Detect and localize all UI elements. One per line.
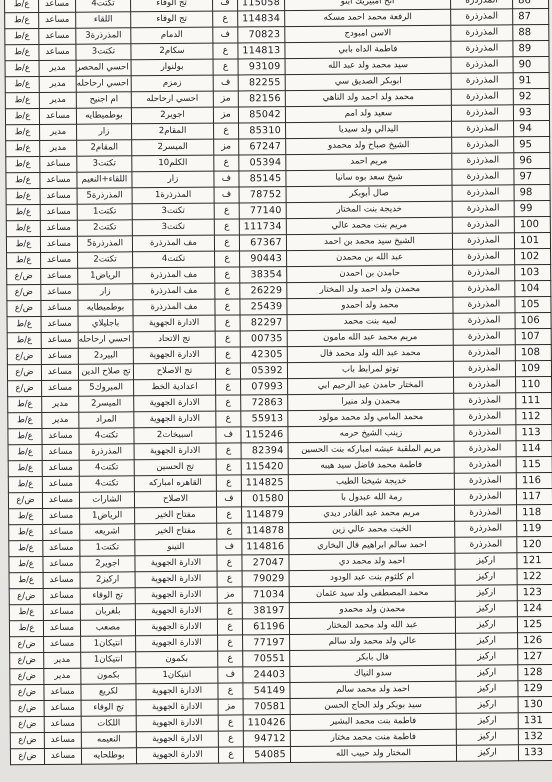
cell-category: ع/ط xyxy=(6,237,40,253)
cell-type_letter: ع xyxy=(215,331,240,347)
cell-num: 126 xyxy=(518,632,552,648)
cell-school_to: المقام2 xyxy=(77,140,132,156)
cell-school_from: انتيكان1 xyxy=(136,667,218,684)
cell-type_letter: ع xyxy=(216,443,241,459)
cell-school_from: الادارة الجهوية xyxy=(135,555,217,572)
cell-name: فاطمة الداه بابي xyxy=(285,41,451,58)
cell-name: ابوبكر الصديق سي xyxy=(285,73,451,90)
cell-id: 77140 xyxy=(239,203,286,219)
cell-num: 117 xyxy=(516,488,552,504)
cell-school_to: تكتت4 xyxy=(79,476,134,492)
cell-num: 111 xyxy=(516,392,552,408)
cell-id: 115420 xyxy=(241,459,288,475)
cell-school_to: اللكات xyxy=(81,716,136,732)
cell-category: ض/ع xyxy=(10,732,44,748)
cell-name: محمد عبد الله ولد محمد فال xyxy=(287,345,453,362)
cell-district: المذرذرة xyxy=(455,505,517,521)
cell-type_letter: ف xyxy=(216,491,241,507)
cell-type_letter: ف xyxy=(217,539,242,555)
cell-school_to: المذرذرة3 xyxy=(76,28,131,44)
cell-school_to: تج صلاح الدين xyxy=(78,364,133,380)
cell-category: ع/ط xyxy=(5,93,39,109)
cell-num: 119 xyxy=(517,520,552,536)
cell-num: 89 xyxy=(513,41,549,57)
cell-position: مساعد xyxy=(41,284,78,300)
cell-position: مساعد xyxy=(39,28,76,44)
cell-district: اركيز xyxy=(456,633,518,649)
cell-school_from: تج الاصلاح xyxy=(133,363,215,380)
cell-name: لميه بنت محمد xyxy=(287,313,453,330)
cell-name: اليدالي ولد سيديا xyxy=(286,121,452,138)
cell-id: 90443 xyxy=(240,251,287,267)
cell-district: المذرذرة xyxy=(451,9,513,25)
cell-position: مساعد xyxy=(41,300,78,316)
cell-name: احمد سالم ابراهيم فال البخاري xyxy=(289,537,455,554)
cell-name: فاطمة منت محمد مختار xyxy=(290,729,456,746)
cell-school_from: التينو xyxy=(135,539,217,556)
cell-school_from: الادارة الجهوية xyxy=(133,347,215,364)
cell-position: مدير xyxy=(44,652,81,668)
cell-category: ض/ع xyxy=(8,380,42,396)
cell-id: 38354 xyxy=(240,267,287,283)
cell-school_from: اسبيخات2 xyxy=(134,427,216,444)
cell-position: مساعد xyxy=(40,220,77,236)
cell-num: 106 xyxy=(515,312,551,328)
cell-district: المذرذرة xyxy=(454,457,516,473)
cell-school_to: انتيكان1 xyxy=(81,636,136,652)
cell-position: مساعد xyxy=(44,716,81,732)
cell-school_to: البيرد2 xyxy=(78,348,133,364)
cell-id: 05394 xyxy=(239,155,286,171)
cell-category: ع/ط xyxy=(7,316,41,332)
cell-num: 107 xyxy=(515,328,551,344)
cell-id: 85042 xyxy=(238,107,285,123)
cell-school_from: تج الوفاء xyxy=(131,0,213,12)
cell-id: 115246 xyxy=(241,427,288,443)
cell-district: المذرذرة xyxy=(453,265,515,281)
cell-num: 133 xyxy=(518,744,552,760)
cell-school_to: باجليلاي xyxy=(78,316,133,332)
cell-type_letter: مز xyxy=(214,139,239,155)
cell-id: 85310 xyxy=(239,123,286,139)
cell-district: اركيز xyxy=(456,729,518,745)
cell-type_letter: ع xyxy=(214,219,239,235)
cell-district: المذرذرة xyxy=(452,185,514,201)
cell-school_from: الميسر2 xyxy=(132,139,214,156)
cell-type_letter: ف xyxy=(213,75,238,91)
cell-id: 82297 xyxy=(240,315,287,331)
cell-category: ض/ع xyxy=(7,285,41,301)
cell-id: 114825 xyxy=(241,475,288,491)
cell-position: مساعد xyxy=(42,380,79,396)
cell-school_from: الادارة الجهوية xyxy=(135,571,217,588)
cell-category: ض/ع xyxy=(10,636,44,652)
table-row: 133اركيزالمختار ولد حبيب الله54085عالادا… xyxy=(10,744,552,764)
cell-name: المختار ولد حبيب الله xyxy=(290,745,456,762)
cell-position: مساعد xyxy=(41,316,78,332)
cell-num: 132 xyxy=(518,728,552,744)
cell-name: مريم احمد xyxy=(286,153,452,170)
cell-school_from: مف المذرذرة xyxy=(132,235,214,252)
cell-school_to: تكتت4 xyxy=(76,0,131,12)
cell-id: 114878 xyxy=(242,523,289,539)
cell-name: خديجة بنت المختار xyxy=(286,201,452,218)
cell-name: زينب الشيخ حرمه xyxy=(288,425,454,442)
cell-num: 86 xyxy=(513,0,549,9)
cell-school_to: النعيمه xyxy=(81,732,136,748)
cell-district: المذرذرة xyxy=(453,329,515,345)
cell-num: 88 xyxy=(513,25,549,41)
cell-district: اركيز xyxy=(455,569,517,585)
cell-category: ع/ط xyxy=(9,556,43,572)
cell-category: ض/ع xyxy=(10,748,44,764)
cell-category: ع/ط xyxy=(5,0,39,13)
cell-type_letter: ع xyxy=(218,731,243,747)
cell-category: ع/ط xyxy=(6,205,40,221)
cell-name: محمد المامي ولد محمد مولود xyxy=(288,409,454,426)
cell-school_to: اشريعه xyxy=(80,524,135,540)
cell-school_from: الادارة الجهوية xyxy=(134,395,216,412)
cell-district: المذرذرة xyxy=(453,361,515,377)
cell-type_letter: ع xyxy=(214,155,239,171)
cell-type_letter: ع xyxy=(215,251,240,267)
cell-name: محمد ولد احمد ولد الناهي xyxy=(285,89,451,106)
cell-num: 87 xyxy=(513,9,549,25)
cell-district: المذرذرة xyxy=(452,137,514,153)
cell-position: مساعد xyxy=(39,0,76,13)
cell-num: 102 xyxy=(515,248,551,264)
cell-type_letter: ع xyxy=(216,475,241,491)
cell-type_letter: ع xyxy=(218,651,243,667)
scanned-document-page: 86المذرذرةاتح امبيريك ابنو115058فتج الوف… xyxy=(0,0,552,782)
cell-num: 104 xyxy=(515,280,551,296)
cell-category: ع/ط xyxy=(5,61,39,77)
cell-school_from: مفتاح الخير xyxy=(135,523,217,540)
cell-type_letter: ع xyxy=(215,283,240,299)
cell-num: 113 xyxy=(516,424,552,440)
cell-school_from: مف المذرذرة xyxy=(133,299,215,316)
cell-school_from: مف المذرذرة xyxy=(133,283,215,300)
cell-school_from: تج الاتحاد xyxy=(133,331,215,348)
cell-num: 121 xyxy=(517,552,552,568)
cell-position: مدير xyxy=(42,412,79,428)
cell-category: ض/ع xyxy=(10,716,44,732)
cell-name: محمدن ولد محمدو xyxy=(289,601,455,618)
cell-num: 120 xyxy=(517,536,552,552)
cell-id: 71034 xyxy=(242,587,289,603)
cell-num: 114 xyxy=(516,440,552,456)
cell-id: 42305 xyxy=(240,347,287,363)
cell-school_to: المذرذرة5 xyxy=(77,236,132,252)
cell-category: ع/ط xyxy=(6,221,40,237)
cell-num: 94 xyxy=(514,120,550,136)
cell-id: 27047 xyxy=(242,555,289,571)
cell-school_to: مصعب xyxy=(80,620,135,636)
cell-num: 124 xyxy=(517,600,552,616)
cell-school_to: بكمون xyxy=(81,668,136,684)
cell-name: مريم الملقبة عيشه امباركه بنت الحسين xyxy=(288,441,454,458)
cell-school_from: الادارة الجهوية xyxy=(136,715,218,732)
cell-school_to: تكتت2 xyxy=(78,252,133,268)
cell-num: 93 xyxy=(513,105,549,121)
cell-id: 67247 xyxy=(239,139,286,155)
cell-name: فاطمة محمد فاضل سيد هيبه xyxy=(288,457,454,474)
cell-name: الشيخ سيد محمد بن احمد xyxy=(286,233,452,250)
cell-school_from: زمزم xyxy=(131,75,213,92)
cell-school_from: الادارة الجهوية xyxy=(134,411,216,428)
cell-num: 118 xyxy=(517,504,552,520)
cell-id: 70581 xyxy=(243,699,290,715)
cell-district: اركيز xyxy=(455,601,517,617)
cell-school_to: تج الوفاء xyxy=(81,700,136,716)
cell-district: اركيز xyxy=(455,617,517,633)
cell-district: اركيز xyxy=(456,713,518,729)
cell-category: ض/ع xyxy=(7,364,41,380)
cell-name: الشيخ صباح ولد محمدو xyxy=(286,137,452,154)
cell-school_from: اعدادية الخط xyxy=(134,379,216,396)
cell-type_letter: ع xyxy=(218,683,243,699)
cell-position: مساعد xyxy=(41,348,78,364)
cell-position: مساعد xyxy=(40,172,77,188)
cell-school_from: الادارة الجهوية xyxy=(134,443,216,460)
cell-district: اركيز xyxy=(456,745,518,761)
cell-type_letter: مز xyxy=(218,699,243,715)
cell-school_to: المذرذرة xyxy=(79,444,134,460)
cell-school_from: تكتت3 xyxy=(132,203,214,220)
cell-id: 82255 xyxy=(238,75,285,91)
cell-school_to: بوطلحايه xyxy=(81,748,136,764)
cell-name: عبد الله بن محمدن xyxy=(287,249,453,266)
cell-name: رمة الله عبدول با xyxy=(288,489,454,506)
cell-position: مساعد xyxy=(41,268,78,284)
cell-district: المذرذرة xyxy=(454,409,516,425)
cell-type_letter: مز xyxy=(217,587,242,603)
cell-num: 131 xyxy=(518,712,552,728)
cell-type_letter: ع xyxy=(217,603,242,619)
cell-position: مدير xyxy=(42,396,79,412)
cell-position: مدير xyxy=(39,60,76,76)
cell-school_to: تكتت1 xyxy=(80,540,135,556)
cell-num: 128 xyxy=(518,664,552,680)
cell-district: المذرذرة xyxy=(454,377,516,393)
cell-id: 82156 xyxy=(238,91,285,107)
cell-id: 54085 xyxy=(243,747,290,763)
cell-position: مساعد xyxy=(43,524,80,540)
cell-type_letter: ع xyxy=(213,43,238,59)
cell-name: محمدن ولد احمد ولد المختار xyxy=(287,281,453,298)
cell-num: 92 xyxy=(513,89,549,105)
cell-type_letter: ع xyxy=(216,459,241,475)
table-body: 86المذرذرةاتح امبيريك ابنو115058فتج الوف… xyxy=(5,0,552,765)
cell-district: المذرذرة xyxy=(454,425,516,441)
cell-num: 116 xyxy=(516,472,552,488)
cell-position: مساعد xyxy=(43,540,80,556)
cell-category: ع/ط xyxy=(8,444,42,460)
cell-position: مساعد xyxy=(40,188,77,204)
cell-position: مساعد xyxy=(41,332,78,348)
cell-name: محمدن ولد منيرا xyxy=(288,393,454,410)
cell-type_letter: ف xyxy=(214,187,239,203)
cell-type_letter: ع xyxy=(214,235,239,251)
cell-name: محمد المصطفى ولد سيد عثمان xyxy=(289,585,455,602)
cell-num: 129 xyxy=(518,680,552,696)
cell-position: مساعد xyxy=(44,732,81,748)
cell-name: مريم بنت محمد عالي xyxy=(286,217,452,234)
cell-num: 98 xyxy=(514,184,550,200)
cell-school_to: ام اجنيح xyxy=(76,92,131,108)
cell-name: احمد ولد محمد دي xyxy=(289,553,455,570)
cell-num: 96 xyxy=(514,152,550,168)
cell-id: 114834 xyxy=(238,11,285,27)
cell-type_letter: مز xyxy=(213,91,238,107)
cell-category: ض/ع xyxy=(10,684,44,700)
cell-category: ع/ط xyxy=(6,141,40,157)
cell-district: اركيز xyxy=(456,681,518,697)
cell-type_letter: ع xyxy=(216,395,241,411)
cell-school_to: تكتت4 xyxy=(79,428,134,444)
cell-district: المذرذرة xyxy=(453,249,515,265)
cell-position: مساعد xyxy=(43,620,80,636)
cell-id: 114816 xyxy=(242,539,289,555)
cell-district: المذرذرة xyxy=(454,441,516,457)
cell-id: 00735 xyxy=(240,331,287,347)
cell-type_letter: ع xyxy=(217,571,242,587)
cell-type_letter: ع xyxy=(217,555,242,571)
cell-category: ع/ط xyxy=(9,524,43,540)
cell-name: الاسن امبودج xyxy=(285,25,451,42)
cell-district: المذرذرة xyxy=(454,489,516,505)
cell-position: مساعد xyxy=(42,444,79,460)
cell-district: اركيز xyxy=(455,585,517,601)
cell-num: 91 xyxy=(513,73,549,89)
cell-id: 70551 xyxy=(243,651,290,667)
cell-school_to: الرياض1 xyxy=(78,268,133,284)
cell-category: ع/ط xyxy=(6,189,40,205)
cell-category: ع/ط xyxy=(9,604,43,620)
cell-id: 115058 xyxy=(238,0,285,11)
cell-school_to: اجوير2 xyxy=(80,556,135,572)
cell-position: مساعد xyxy=(42,492,79,508)
cell-id: 25439 xyxy=(240,299,287,315)
cell-position: مساعد xyxy=(43,588,80,604)
cell-type_letter: ع xyxy=(216,379,241,395)
cell-id: 67367 xyxy=(239,235,286,251)
cell-school_from: زار xyxy=(132,171,214,188)
cell-school_to: تكتت3 xyxy=(76,44,131,60)
cell-position: مساعد xyxy=(39,108,76,124)
table-sheet: 86المذرذرةاتح امبيريك ابنو115058فتج الوف… xyxy=(4,0,552,765)
cell-district: المذرذرة xyxy=(453,297,515,313)
cell-school_to: تكتت1 xyxy=(77,204,132,220)
cell-position: مساعد xyxy=(42,428,79,444)
cell-num: 103 xyxy=(515,264,551,280)
cell-type_letter: ف xyxy=(216,427,241,443)
cell-num: 112 xyxy=(516,408,552,424)
cell-school_to: احسي ارحاحله xyxy=(78,332,133,348)
cell-num: 95 xyxy=(514,136,550,152)
cell-category: ع/ط xyxy=(5,29,39,45)
cell-school_from: الادارة الجهوية xyxy=(136,731,218,748)
cell-num: 105 xyxy=(515,296,551,312)
cell-district: المذرذرة xyxy=(451,57,513,73)
cell-id: 94712 xyxy=(243,731,290,747)
cell-name: فاطمة بنت محمد البشير xyxy=(290,713,456,730)
cell-school_from: اجوير2 xyxy=(131,107,213,124)
cell-district: المذرذرة xyxy=(451,105,513,121)
cell-type_letter: ع xyxy=(217,507,242,523)
cell-id: 79029 xyxy=(242,571,289,587)
cell-position: مدير xyxy=(39,76,76,92)
cell-num: 130 xyxy=(518,696,552,712)
cell-num: 127 xyxy=(518,648,552,664)
cell-position: مساعد xyxy=(40,204,77,220)
cell-num: 125 xyxy=(517,616,552,632)
cell-school_from: الادارة الجهوية xyxy=(136,683,218,700)
cell-category: ض/ع xyxy=(7,269,41,285)
cell-position: مساعد xyxy=(39,44,76,60)
cell-position: مساعد xyxy=(39,12,76,28)
cell-category: ض/ع xyxy=(8,492,42,508)
cell-school_to: الميسر2 xyxy=(79,396,134,412)
cell-id: 61196 xyxy=(242,619,289,635)
cell-category: ع/ط xyxy=(5,45,39,61)
cell-category: ع/ط xyxy=(8,396,42,412)
cell-category: ض/ع xyxy=(7,301,41,317)
cell-id: 110426 xyxy=(243,715,290,731)
cell-school_from: تكتت3 xyxy=(132,219,214,236)
cell-category: ع/ط xyxy=(9,508,43,524)
cell-name: الخيت محمد عالي زين xyxy=(289,521,455,538)
cell-school_to: تكتت2 xyxy=(77,220,132,236)
cell-district: المذرذرة xyxy=(452,121,514,137)
cell-num: 101 xyxy=(514,232,550,248)
cell-school_to: اللقاء+النعيم xyxy=(77,172,132,188)
cell-school_to: الرياض1 xyxy=(80,508,135,524)
cell-district: المذرذرة xyxy=(453,345,515,361)
cell-district: المذرذرة xyxy=(451,25,513,41)
cell-school_from: تج الحسين xyxy=(134,459,216,476)
cell-name: فال بابكر xyxy=(290,649,456,666)
cell-category: ع/ط xyxy=(8,428,42,444)
cell-district: المذرذرة xyxy=(453,313,515,329)
cell-name: صال أبوبكر xyxy=(286,185,452,202)
cell-name: سيد محمد ولد عبد الله xyxy=(285,57,451,74)
cell-school_from: الادارة الجهوية xyxy=(135,587,217,604)
cell-id: 07993 xyxy=(241,379,288,395)
cell-name: محمد ولد احمدو xyxy=(287,297,453,314)
cell-position: مساعد xyxy=(43,508,80,524)
cell-school_to: بوطميطايه xyxy=(76,108,131,124)
cell-name: خديجة شيخنا الطيب xyxy=(288,473,454,490)
cell-school_from: المذرذرة1 xyxy=(132,187,214,204)
cell-id: 70823 xyxy=(238,27,285,43)
cell-position: مساعد xyxy=(41,364,78,380)
cell-school_from: الادارة الجهوية xyxy=(136,635,218,652)
cell-district: المذرذرة xyxy=(451,73,513,89)
cell-position: مساعد xyxy=(43,572,80,588)
cell-name: سيد بوبكر ولد الحاج الحسن xyxy=(290,697,456,714)
cell-position: مساعد xyxy=(42,460,79,476)
cell-school_to: احسي المحصر xyxy=(76,60,131,76)
cell-district: المذرذرة xyxy=(452,233,514,249)
cell-category: ع/ط xyxy=(5,13,39,29)
cell-school_to: انتيكان1 xyxy=(81,652,136,668)
cell-district: المذرذرة xyxy=(452,201,514,217)
cell-district: المذرذرة xyxy=(454,473,516,489)
cell-school_to: بوطميطايه xyxy=(78,300,133,316)
cell-num: 109 xyxy=(515,360,551,376)
cell-id: 05392 xyxy=(240,363,287,379)
